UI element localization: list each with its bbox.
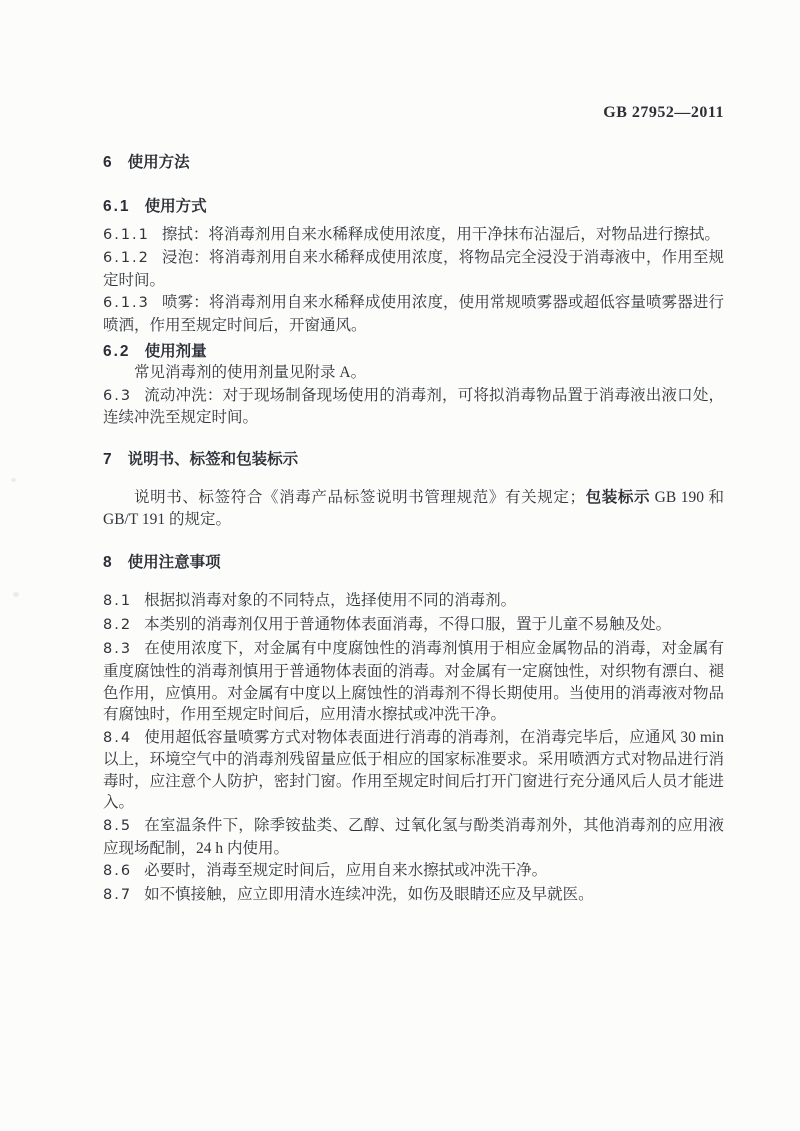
section-8-title: 使用注意事项 [128, 554, 221, 571]
clause-8-1: 8.1根据拟消毒对象的不同特点，选择使用不同的消毒剂。 [103, 590, 724, 613]
section-7-number: 7 [103, 451, 114, 468]
clause-6-1-2: 6.1.2浸泡：将消毒剂用自来水稀释成使用浓度，将物品完全浸没于消毒液中，作用至… [103, 247, 724, 291]
clause-6-1-2-number: 6.1.2 [103, 250, 150, 266]
paragraph-6-2: 常见消毒剂的使用剂量见附录 A。 [103, 362, 724, 384]
section-6-number: 6 [103, 154, 114, 171]
scan-noise-speck [11, 478, 16, 482]
clause-8-7-number: 8.7 [103, 887, 132, 903]
section-7-title: 说明书、标签和包装标示 [128, 451, 299, 468]
section-6-2-number: 6.2 [103, 343, 131, 360]
clause-8-6: 8.6必要时，消毒至规定时间后，应用自来水擦拭或冲洗干净。 [103, 860, 724, 883]
clause-6-3-number: 6.3 [103, 388, 132, 404]
clause-6-1-2-text: 浸泡：将消毒剂用自来水稀释成使用浓度，将物品完全浸没于消毒液中，作用至规定时间。 [103, 249, 724, 289]
document-body: 6使用方法 6.1使用方式 6.1.1擦拭：将消毒剂用自来水稀释成使用浓度，用干… [103, 152, 724, 907]
clause-6-1-1-number: 6.1.1 [103, 227, 150, 243]
section-6-2-title: 使用剂量 [145, 343, 207, 360]
clause-8-2: 8.2本类别的消毒剂仅用于普通物体表面消毒，不得口服，置于儿童不易触及处。 [103, 614, 724, 637]
clause-8-7: 8.7如不慎接触，应立即用清水连续冲洗，如伤及眼睛还应及早就医。 [103, 884, 724, 907]
clause-8-5-number: 8.5 [103, 818, 132, 834]
clause-8-3-number: 8.3 [103, 641, 132, 657]
scan-noise-speck [13, 592, 19, 597]
clause-8-5: 8.5在室温条件下，除季铵盐类、乙醇、过氧化氢与酚类消毒剂外，其他消毒剂的应用液… [103, 815, 724, 859]
clause-8-2-number: 8.2 [103, 617, 132, 633]
scanned-document-page: GB 27952—2011 6使用方法 6.1使用方式 6.1.1擦拭：将消毒剂… [0, 0, 800, 1131]
section-8-number: 8 [103, 554, 114, 571]
paragraph-7-text-before: 说明书、标签符合《消毒产品标签说明书管理规范》有关规定； [134, 489, 585, 506]
clause-8-4: 8.4使用超低容量喷雾方式对物体表面进行消毒的消毒剂，在消毒完毕后，应通风 30… [103, 727, 724, 814]
section-6-title: 使用方法 [128, 154, 190, 171]
section-6-1-heading: 6.1使用方式 [103, 196, 724, 218]
clause-6-1-3-text: 喷雾：将消毒剂用自来水稀释成使用浓度，使用常规喷雾器或超低容量喷雾器进行喷洒，作… [103, 294, 724, 334]
section-6-heading: 6使用方法 [103, 152, 724, 174]
clause-8-2-text: 本类别的消毒剂仅用于普通物体表面消毒，不得口服，置于儿童不易触及处。 [144, 616, 671, 633]
paragraph-7: 说明书、标签符合《消毒产品标签说明书管理规范》有关规定；包装标示 GB 190 … [103, 487, 724, 530]
section-8-heading: 8使用注意事项 [103, 552, 724, 574]
clause-8-5-text: 在室温条件下，除季铵盐类、乙醇、过氧化氢与酚类消毒剂外，其他消毒剂的应用液应现场… [103, 817, 724, 857]
clause-8-7-text: 如不慎接触，应立即用清水连续冲洗，如伤及眼睛还应及早就医。 [144, 886, 594, 903]
standard-number: GB 27952—2011 [0, 104, 724, 122]
clause-6-3: 6.3流动冲洗：对于现场制备现场使用的消毒剂，可将拟消毒物品置于消毒液出液口处，… [103, 385, 724, 429]
clause-8-1-number: 8.1 [103, 593, 132, 609]
clause-8-1-text: 根据拟消毒对象的不同特点，选择使用不同的消毒剂。 [144, 592, 516, 609]
clause-8-4-text: 使用超低容量喷雾方式对物体表面进行消毒的消毒剂，在消毒完毕后，应通风 30 mi… [103, 729, 724, 812]
section-6-1-number: 6.1 [103, 198, 131, 215]
section-6-1-title: 使用方式 [145, 198, 207, 215]
clause-6-1-1-text: 擦拭：将消毒剂用自来水稀释成使用浓度，用干净抹布沾湿后，对物品进行擦拭。 [162, 226, 720, 243]
clause-8-3: 8.3在使用浓度下，对金属有中度腐蚀性的消毒剂慎用于相应金属物品的消毒，对金属有… [103, 638, 724, 725]
clause-6-1-3: 6.1.3喷雾：将消毒剂用自来水稀释成使用浓度，使用常规喷雾器或超低容量喷雾器进… [103, 292, 724, 336]
section-7-heading: 7说明书、标签和包装标示 [103, 449, 724, 471]
clause-8-6-number: 8.6 [103, 863, 132, 879]
clause-6-1-1: 6.1.1擦拭：将消毒剂用自来水稀释成使用浓度，用干净抹布沾湿后，对物品进行擦拭… [103, 224, 724, 247]
clause-8-3-text: 在使用浓度下，对金属有中度腐蚀性的消毒剂慎用于相应金属物品的消毒，对金属有重度腐… [103, 640, 724, 723]
clause-6-3-text: 流动冲洗：对于现场制备现场使用的消毒剂，可将拟消毒物品置于消毒液出液口处，连续冲… [103, 387, 724, 427]
section-6-2-heading: 6.2使用剂量 [103, 341, 724, 363]
clause-8-4-number: 8.4 [103, 730, 132, 746]
clause-6-1-3-number: 6.1.3 [103, 295, 150, 311]
paragraph-7-bold-term: 包装标示 [585, 489, 650, 506]
clause-8-6-text: 必要时，消毒至规定时间后，应用自来水擦拭或冲洗干净。 [144, 862, 547, 879]
